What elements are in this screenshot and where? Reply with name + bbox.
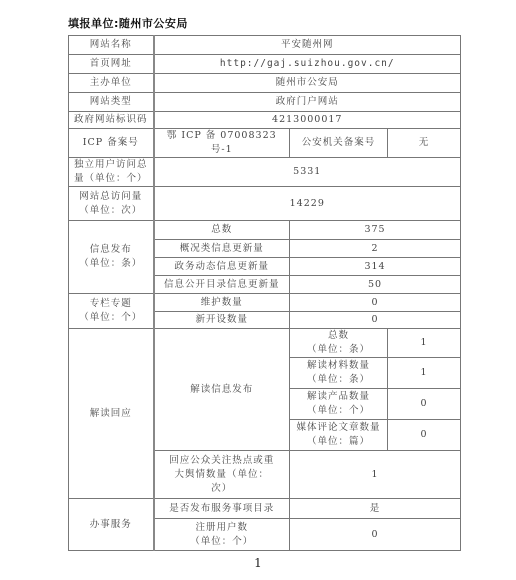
interpretation-label: 解读回应 xyxy=(69,329,154,499)
interp-item-title: 总数 xyxy=(292,329,385,343)
columns-item-value: 0 xyxy=(290,294,461,312)
interp-item-label: 媒体评论文章数量 （单位：篇） xyxy=(290,420,388,451)
interp-item-title: 解读产品数量 xyxy=(292,390,385,404)
row-homepage-url: 首页网址 http://gaj.suizhou.gov.cn/ xyxy=(69,55,461,74)
row-total-visits: 网站总访问量（单位：次） 14229 xyxy=(69,187,461,221)
icp-value: 鄂 ICP 备 07008323 号-1 xyxy=(154,129,290,158)
interp-item-value: 0 xyxy=(388,389,461,420)
columns-unit: （单位：个） xyxy=(71,311,151,325)
icp-label: ICP 备案号 xyxy=(69,129,154,158)
unique-visitors-value: 5331 xyxy=(154,158,461,187)
site-code-label: 政府网站标识码 xyxy=(69,112,154,129)
services-label: 办事服务 xyxy=(69,499,154,551)
row-site-code: 政府网站标识码 4213000017 xyxy=(69,112,461,129)
unique-visitors-label: 独立用户访问总量（单位：个） xyxy=(69,158,154,187)
service-item-label: 是否发布服务事项目录 xyxy=(154,499,290,519)
info-item-label: 概况类信息更新量 xyxy=(154,240,290,258)
row-site-name: 网站名称 平安随州网 xyxy=(69,36,461,55)
info-item-value: 375 xyxy=(290,221,461,240)
row-icp: ICP 备案号 鄂 ICP 备 07008323 号-1 公安机关备案号 无 xyxy=(69,129,461,158)
interp-item-unit: （单位：条） xyxy=(292,343,385,357)
response-label: 回应公众关注热点或重大舆情数量（单位：次） xyxy=(154,451,290,499)
total-visits-value: 14229 xyxy=(154,187,461,221)
service-item-label: 注册用户数 （单位：个） xyxy=(154,519,290,551)
columns-item-value: 0 xyxy=(290,312,461,329)
total-visits-label: 网站总访问量（单位：次） xyxy=(69,187,154,221)
interpretation-publish-label: 解读信息发布 xyxy=(154,329,290,451)
page-number: 1 xyxy=(0,556,516,570)
interp-item-value: 1 xyxy=(388,329,461,358)
site-type-label: 网站类型 xyxy=(69,93,154,112)
interp-item-label: 解读材料数量 （单位：条） xyxy=(290,358,388,389)
info-item-label: 总数 xyxy=(154,221,290,240)
interp-item-title: 媒体评论文章数量 xyxy=(292,421,385,435)
interp-item-value: 1 xyxy=(388,358,461,389)
row-interp-total: 解读回应 解读信息发布 总数 （单位：条） 1 xyxy=(69,329,461,358)
info-publish-unit: （单位：条） xyxy=(71,257,151,271)
service-item-unit: （单位：个） xyxy=(157,535,288,549)
site-code-value: 4213000017 xyxy=(154,112,461,129)
service-item-title: 注册用户数 xyxy=(157,521,288,535)
psb-record-label: 公安机关备案号 xyxy=(290,129,388,158)
service-item-value: 是 xyxy=(290,499,461,519)
interp-item-unit: （单位：条） xyxy=(292,373,385,387)
columns-title: 专栏专题 xyxy=(71,297,151,311)
info-publish-title: 信息发布 xyxy=(71,243,151,257)
row-sponsor: 主办单位 随州市公安局 xyxy=(69,74,461,93)
row-site-type: 网站类型 政府门户网站 xyxy=(69,93,461,112)
columns-label: 专栏专题 （单位：个） xyxy=(69,294,154,329)
homepage-url-label: 首页网址 xyxy=(69,55,154,74)
row-service-catalog: 办事服务 是否发布服务事项目录 是 xyxy=(69,499,461,519)
website-annual-report-table: 网站名称 平安随州网 首页网址 http://gaj.suizhou.gov.c… xyxy=(68,35,461,551)
homepage-url-value: http://gaj.suizhou.gov.cn/ xyxy=(154,55,461,74)
interp-item-unit: （单位：篇） xyxy=(292,435,385,449)
info-item-value: 50 xyxy=(290,276,461,294)
interp-item-label: 解读产品数量 （单位：个） xyxy=(290,389,388,420)
info-item-label: 信息公开目录信息更新量 xyxy=(154,276,290,294)
sponsor-value: 随州市公安局 xyxy=(154,74,461,93)
row-info-total: 信息发布 （单位：条） 总数 375 xyxy=(69,221,461,240)
row-unique-visitors: 独立用户访问总量（单位：个） 5331 xyxy=(69,158,461,187)
site-name-value: 平安随州网 xyxy=(154,36,461,55)
row-columns-maintained: 专栏专题 （单位：个） 维护数量 0 xyxy=(69,294,461,312)
psb-record-value: 无 xyxy=(388,129,461,158)
columns-item-label: 新开设数量 xyxy=(154,312,290,329)
reporting-unit-title: 填报单位:随州市公安局 xyxy=(68,15,188,31)
site-type-value: 政府门户网站 xyxy=(154,93,461,112)
interp-item-unit: （单位：个） xyxy=(292,404,385,418)
site-name-label: 网站名称 xyxy=(69,36,154,55)
info-item-value: 314 xyxy=(290,258,461,276)
sponsor-label: 主办单位 xyxy=(69,74,154,93)
info-item-value: 2 xyxy=(290,240,461,258)
response-value: 1 xyxy=(290,451,461,499)
interp-item-label: 总数 （单位：条） xyxy=(290,329,388,358)
info-item-label: 政务动态信息更新量 xyxy=(154,258,290,276)
interp-item-value: 0 xyxy=(388,420,461,451)
columns-item-label: 维护数量 xyxy=(154,294,290,312)
service-item-value: 0 xyxy=(290,519,461,551)
info-publish-label: 信息发布 （单位：条） xyxy=(69,221,154,294)
interp-item-title: 解读材料数量 xyxy=(292,359,385,373)
